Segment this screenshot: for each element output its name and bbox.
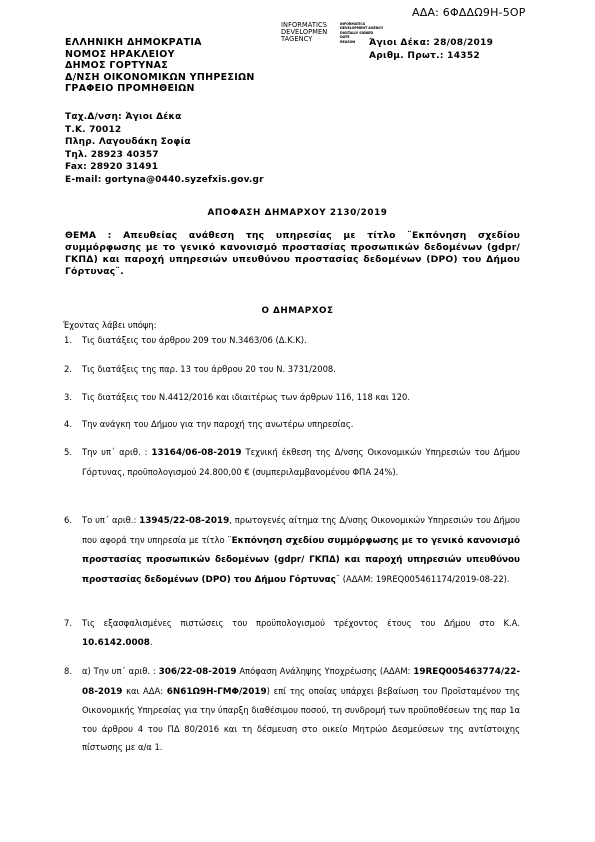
technical-report-number: 13164/06-08-2019 (151, 448, 241, 458)
item-number: 2. (64, 360, 72, 379)
item-number: 8. (64, 662, 72, 681)
item-text: Τις διατάξεις της παρ. 13 του άρθρου 20 … (82, 360, 520, 379)
item-number: 3. (64, 388, 72, 407)
list-item: 2. Τις διατάξεις της παρ. 13 του άρθρου … (64, 360, 520, 379)
protocol-number: Αριθμ. Πρωτ.: 14352 (369, 50, 493, 63)
postal-code: Τ.Κ. 70012 (65, 124, 264, 137)
subject: ΘΕΜΑ : Απευθείας ανάθεση της υπηρεσίας μ… (65, 230, 520, 278)
item-number: 5. (64, 443, 72, 462)
contact-person: Πληρ. Λαγουδάκη Σοφία (65, 136, 264, 149)
stamp-line: TAGENCY (281, 36, 327, 43)
list-item: 3. Τις διατάξεις του Ν.4412/2016 και ιδι… (64, 388, 520, 407)
list-item: 8. α) Την υπ΄ αριθ. : 306/22-08-2019 Από… (64, 662, 520, 757)
org-line: ΕΛΛΗΝΙΚΗ ΔΗΜΟΚΡΑΤΙΑ (65, 37, 255, 49)
request-number: 13945/22-08-2019 (139, 516, 229, 526)
list-item: 5. Την υπ΄ αριθ. : 13164/06-08-2019 Τεχν… (64, 443, 520, 481)
item-text: Τις διατάξεις του Ν.4412/2016 και ιδιαιτ… (82, 388, 520, 407)
list-item: 7. Τις εξασφαλισμένες πιστώσεις του προϋ… (64, 614, 520, 652)
item-text-part: Το υπ΄ αριθ.: (82, 515, 139, 525)
item-text-part: Την υπ΄ αριθ. : (82, 447, 151, 457)
item-text: Το υπ΄ αριθ.: 13945/22-08-2019, πρωτογεν… (82, 511, 520, 589)
phone: Τηλ. 28923 40357 (65, 149, 264, 162)
item-number: 7. (64, 614, 72, 633)
list-item: 4. Την ανάγκη του Δήμου για την παροχή τ… (64, 415, 520, 434)
item-text: Την ανάγκη του Δήμου για την παροχή της … (82, 415, 520, 434)
item-text-part: ¨ (ΑΔΑΜ: 19REQ005461174/2019-08-22). (336, 574, 510, 584)
decision-title: ΑΠΟΦΑΣΗ ΔΗΜΑΡΧΟΥ 2130/2019 (0, 208, 595, 218)
document-reference: Άγιοι Δέκα: 28/08/2019 Αριθμ. Πρωτ.: 143… (369, 37, 493, 62)
item-text: α) Την υπ΄ αριθ. : 306/22-08-2019 Απόφασ… (82, 662, 520, 757)
org-line: ΔΗΜΟΣ ΓΟΡΤΥΝΑΣ (65, 60, 255, 72)
item-text-part: Τις εξασφαλισμένες πιστώσεις του προϋπολ… (82, 618, 520, 628)
place-date: Άγιοι Δέκα: 28/08/2019 (369, 37, 493, 50)
item-text-part: Απόφαση Ανάληψης Υποχρέωσης (ΑΔΑΜ: (236, 666, 413, 676)
digital-signature-stamp: INFORMATICS DEVELOPMEN TAGENCY (281, 22, 327, 44)
item-text: Τις εξασφαλισμένες πιστώσεις του προϋπολ… (82, 614, 520, 652)
issuing-authority: ΕΛΛΗΝΙΚΗ ΔΗΜΟΚΡΑΤΙΑ ΝΟΜΟΣ ΗΡΑΚΛΕΙΟΥ ΔΗΜΟ… (65, 37, 255, 95)
contact-block: Ταχ.Δ/νση: Άγιοι Δέκα Τ.Κ. 70012 Πληρ. Λ… (65, 111, 264, 187)
ada-code: ΑΔΑ: 6ΦΔΔΩ9Η-5ΟΡ (412, 6, 526, 19)
intro-text: Έχοντας λάβει υπόψη: (63, 320, 157, 330)
email: E-mail: gortyna@0440.syzefxis.gov.gr (65, 174, 264, 187)
item-number: 4. (64, 415, 72, 434)
list-item: 6. Το υπ΄ αριθ.: 13945/22-08-2019, πρωτο… (64, 511, 520, 589)
item-text: Τις διατάξεις του άρθρου 209 του Ν.3463/… (82, 331, 520, 350)
org-line: ΓΡΑΦΕΙΟ ΠΡΟΜΗΘΕΙΩΝ (65, 83, 255, 95)
budget-code: 10.6142.0008 (82, 638, 150, 648)
item-text-part: . (150, 637, 153, 647)
fax: Fax: 28920 31491 (65, 161, 264, 174)
org-line: ΝΟΜΟΣ ΗΡΑΚΛΕΙΟΥ (65, 49, 255, 61)
item-text: Την υπ΄ αριθ. : 13164/06-08-2019 Τεχνική… (82, 443, 520, 481)
commitment-decision-number: 306/22-08-2019 (159, 667, 237, 677)
ada-reference: 6Ν61Ω9Η-ΓΜΦ/2019 (167, 687, 267, 697)
address: Ταχ.Δ/νση: Άγιοι Δέκα (65, 111, 264, 124)
mayor-heading: Ο ΔΗΜΑΡΧΟΣ (0, 306, 595, 316)
item-number: 6. (64, 511, 72, 530)
item-text-part: και ΑΔΑ: (122, 686, 166, 696)
list-item: 1. Τις διατάξεις του άρθρου 209 του Ν.34… (64, 331, 520, 350)
org-line: Δ/ΝΣΗ ΟΙΚΟΝΟΜΙΚΩΝ ΥΠΗΡΕΣΙΩΝ (65, 72, 255, 84)
item-number: 1. (64, 331, 72, 350)
item-text-part: α) Την υπ΄ αριθ. : (82, 666, 159, 676)
